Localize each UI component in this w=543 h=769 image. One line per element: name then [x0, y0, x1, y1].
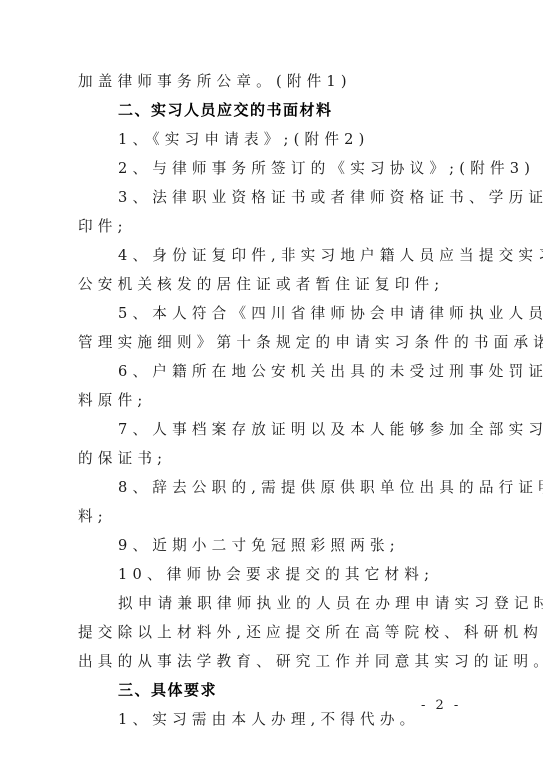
list-item-3-continuation: 印件; [78, 212, 462, 241]
part-time-lawyer-paragraph-line-3: 出具的从事法学教育、研究工作并同意其实习的证明。 [78, 647, 462, 676]
list-item-5-continuation: 管理实施细则》第十条规定的申请实习条件的书面承诺; [78, 328, 462, 357]
list-item-3: 3、法律职业资格证书或者律师资格证书、学历证书复 [78, 183, 462, 212]
list-item-2: 2、与律师事务所签订的《实习协议》;(附件3) [78, 154, 462, 183]
requirement-item-1: 1、实习需由本人办理,不得代办。 [78, 705, 462, 734]
list-item-6-continuation: 料原件; [78, 386, 462, 415]
list-item-8: 8、辞去公职的,需提供原供职单位出具的品行证明材 [78, 473, 462, 502]
page-number: - 2 - [421, 698, 461, 713]
section-heading-specific-requirements: 三、具体要求 [78, 676, 462, 705]
list-item-10: 10、律师协会要求提交的其它材料; [78, 560, 462, 589]
document-body: 加盖律师事务所公章。(附件1) 二、实习人员应交的书面材料 1、《实习申请表》;… [78, 67, 462, 734]
list-item-5: 5、本人符合《四川省律师协会申请律师执业人员实习 [78, 299, 462, 328]
list-item-9: 9、近期小二寸免冠照彩照两张; [78, 531, 462, 560]
list-item-8-continuation: 料; [78, 502, 462, 531]
list-item-4: 4、身份证复印件,非实习地户籍人员应当提交实习地 [78, 241, 462, 270]
part-time-lawyer-paragraph-line-2: 提交除以上材料外,还应提交所在高等院校、科研机构为其 [78, 618, 462, 647]
list-item-7: 7、人事档案存放证明以及本人能够参加全部实习活动 [78, 415, 462, 444]
part-time-lawyer-paragraph-line-1: 拟申请兼职律师执业的人员在办理申请实习登记时,应 [78, 589, 462, 618]
list-item-1: 1、《实习申请表》;(附件2) [78, 125, 462, 154]
paragraph-continuation-line: 加盖律师事务所公章。(附件1) [78, 67, 462, 96]
list-item-7-continuation: 的保证书; [78, 444, 462, 473]
section-heading-written-materials: 二、实习人员应交的书面材料 [78, 96, 462, 125]
list-item-6: 6、户籍所在地公安机关出具的未受过刑事处罚证明材 [78, 357, 462, 386]
document-page: 加盖律师事务所公章。(附件1) 二、实习人员应交的书面材料 1、《实习申请表》;… [0, 0, 543, 769]
list-item-4-continuation: 公安机关核发的居住证或者暂住证复印件; [78, 270, 462, 299]
